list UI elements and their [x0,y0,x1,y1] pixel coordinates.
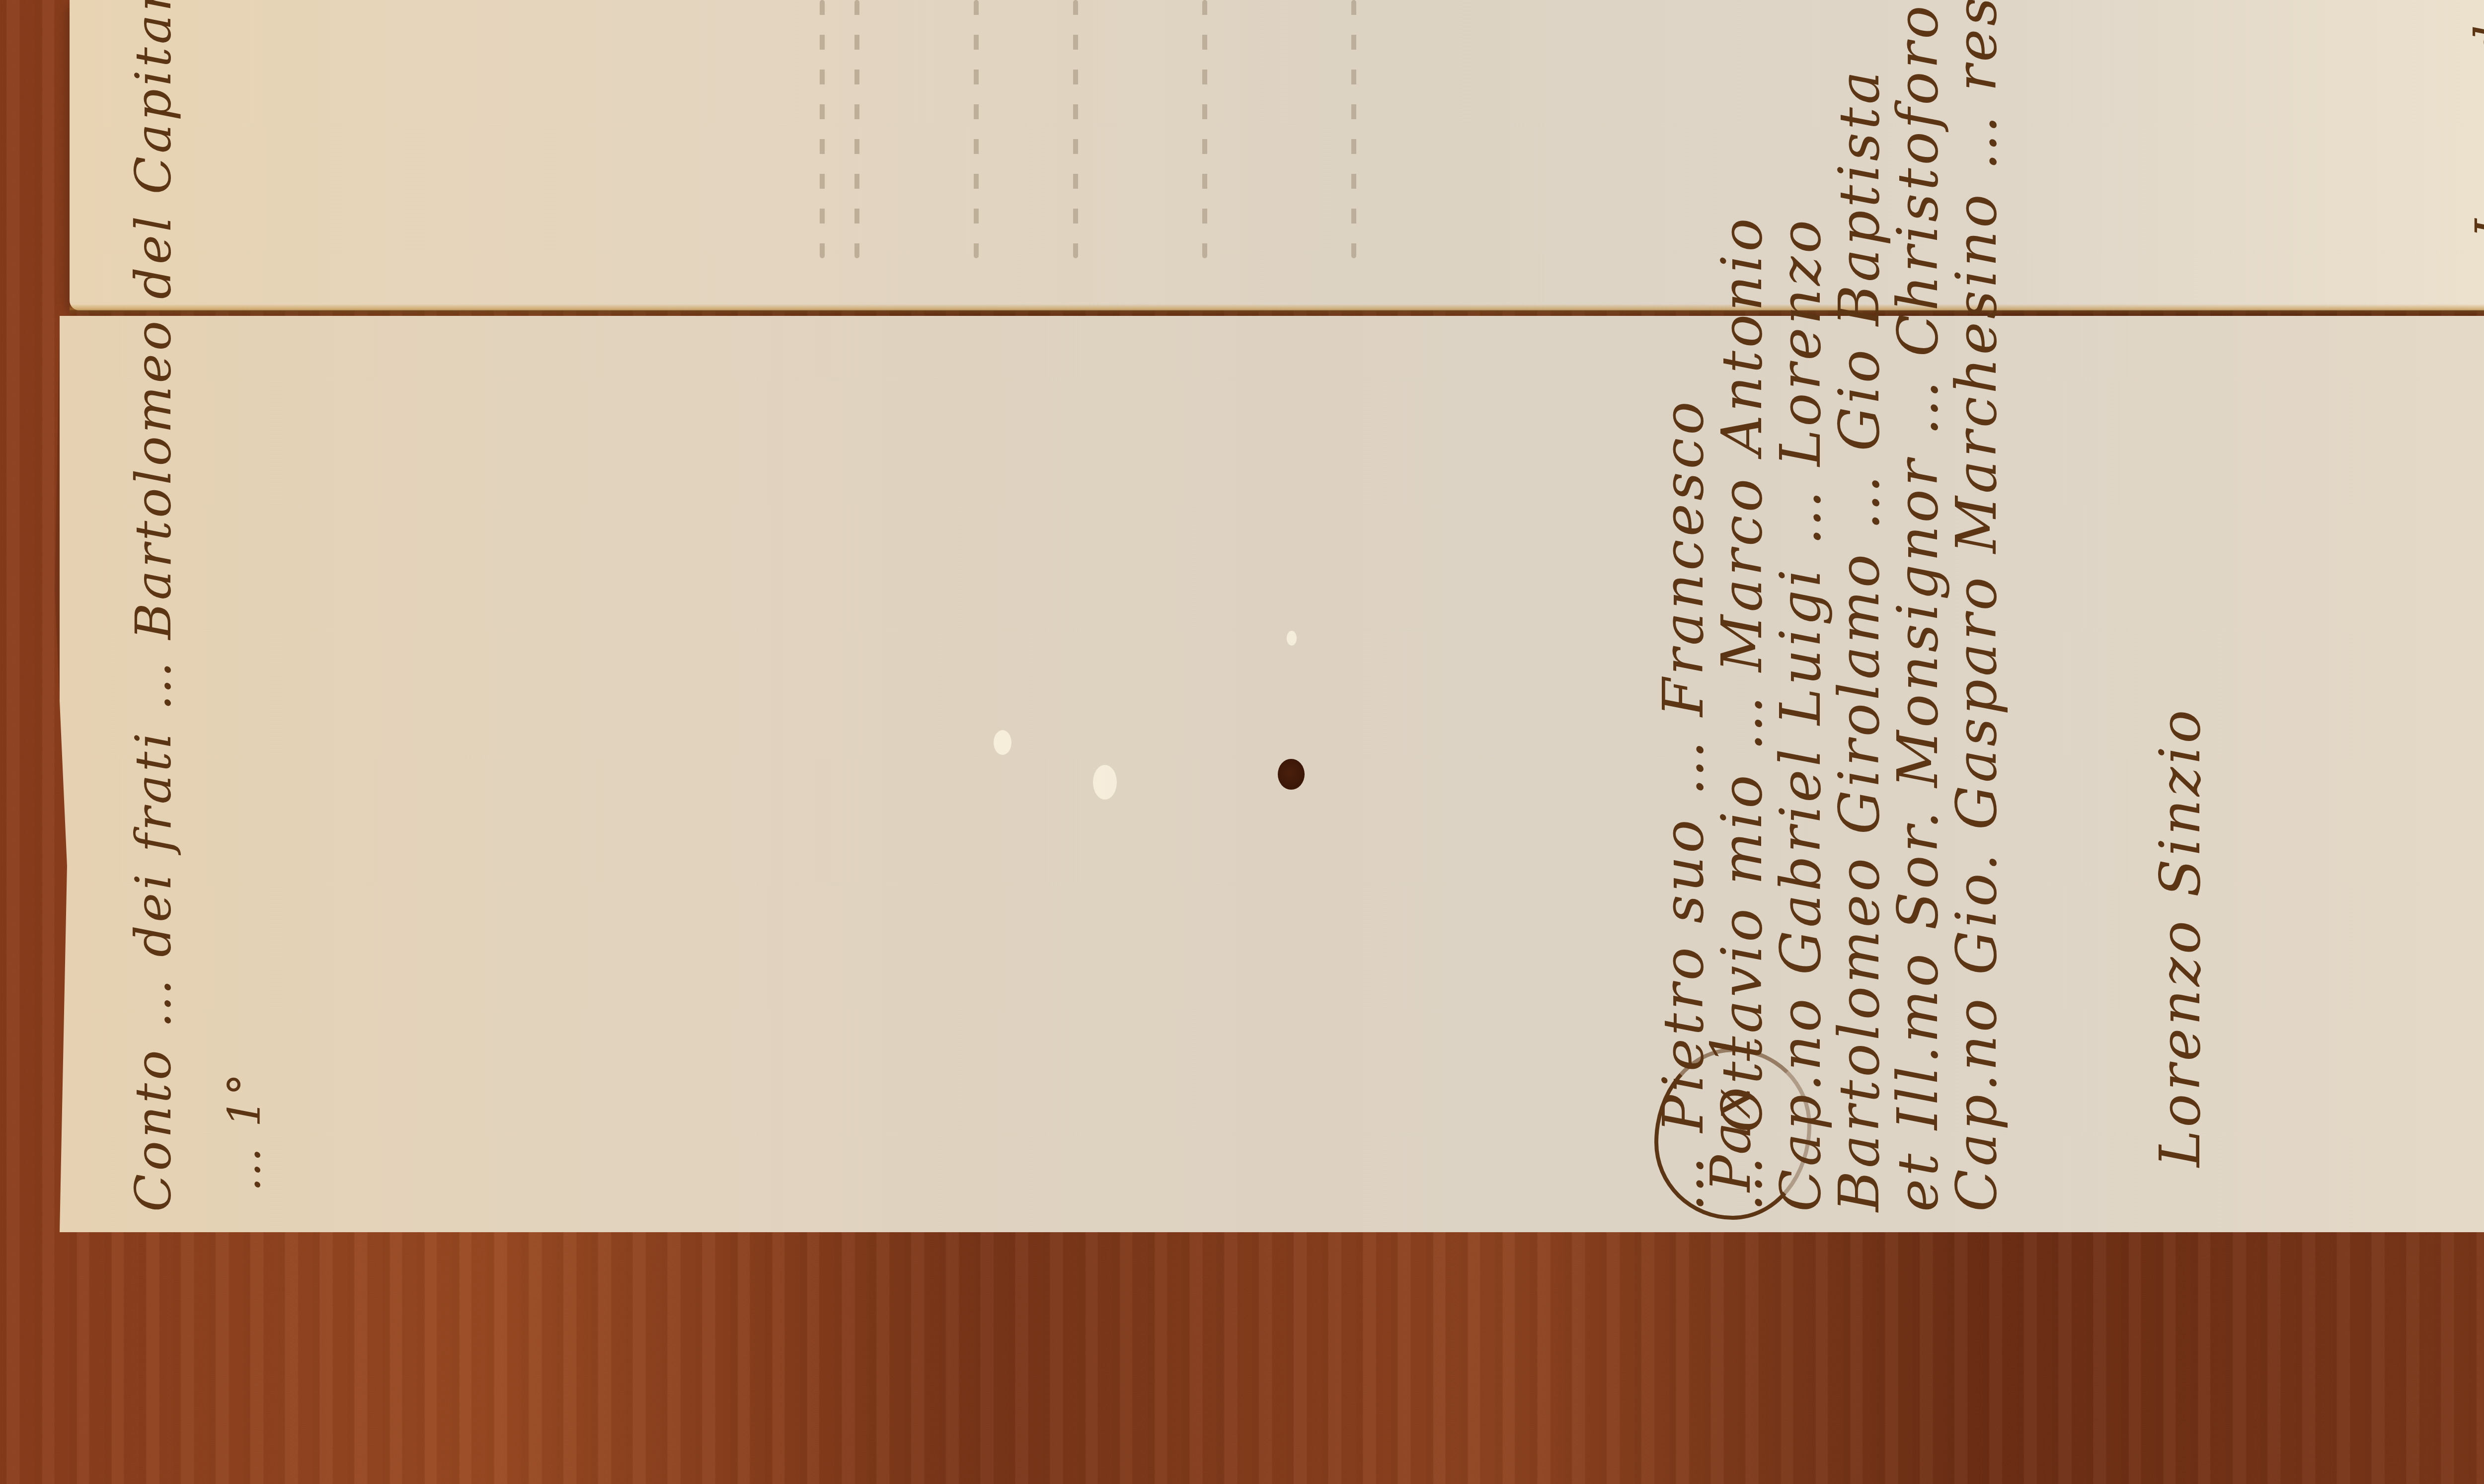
heading: Lorenzo Sinzio [2151,707,2210,1167]
water-stain [1287,631,1297,646]
paper-top-panel: Lucas de [70,0,2484,310]
water-stain [1093,765,1117,800]
margin-note-line2: … 1° [219,1070,271,1192]
text-line: et Ill.mo Sor. Monsignor … Christoforo [1889,0,1947,1212]
text-line: Cap.no Gabriel Luigi … Lorenzo [1772,0,1830,1212]
corner-note: Lucas de [2464,0,2484,238]
paper-hole [1278,759,1305,790]
text-line: Bartolomeo Girolamo … Gio Baptista [1830,0,1889,1212]
fold-crease [70,304,2484,316]
text-line: Cap.no Gio. Gasparo Marchesino … reso [1947,0,2006,1212]
signature-mark: Pax 1 [1699,1027,1763,1192]
margin-note-line1: Conto … dei frati … Bartolomeo del Capit… [124,0,182,1212]
bleed-through-text [765,0,1560,298]
water-stain [994,730,1011,755]
paper-bottom-panel [60,316,2484,1232]
